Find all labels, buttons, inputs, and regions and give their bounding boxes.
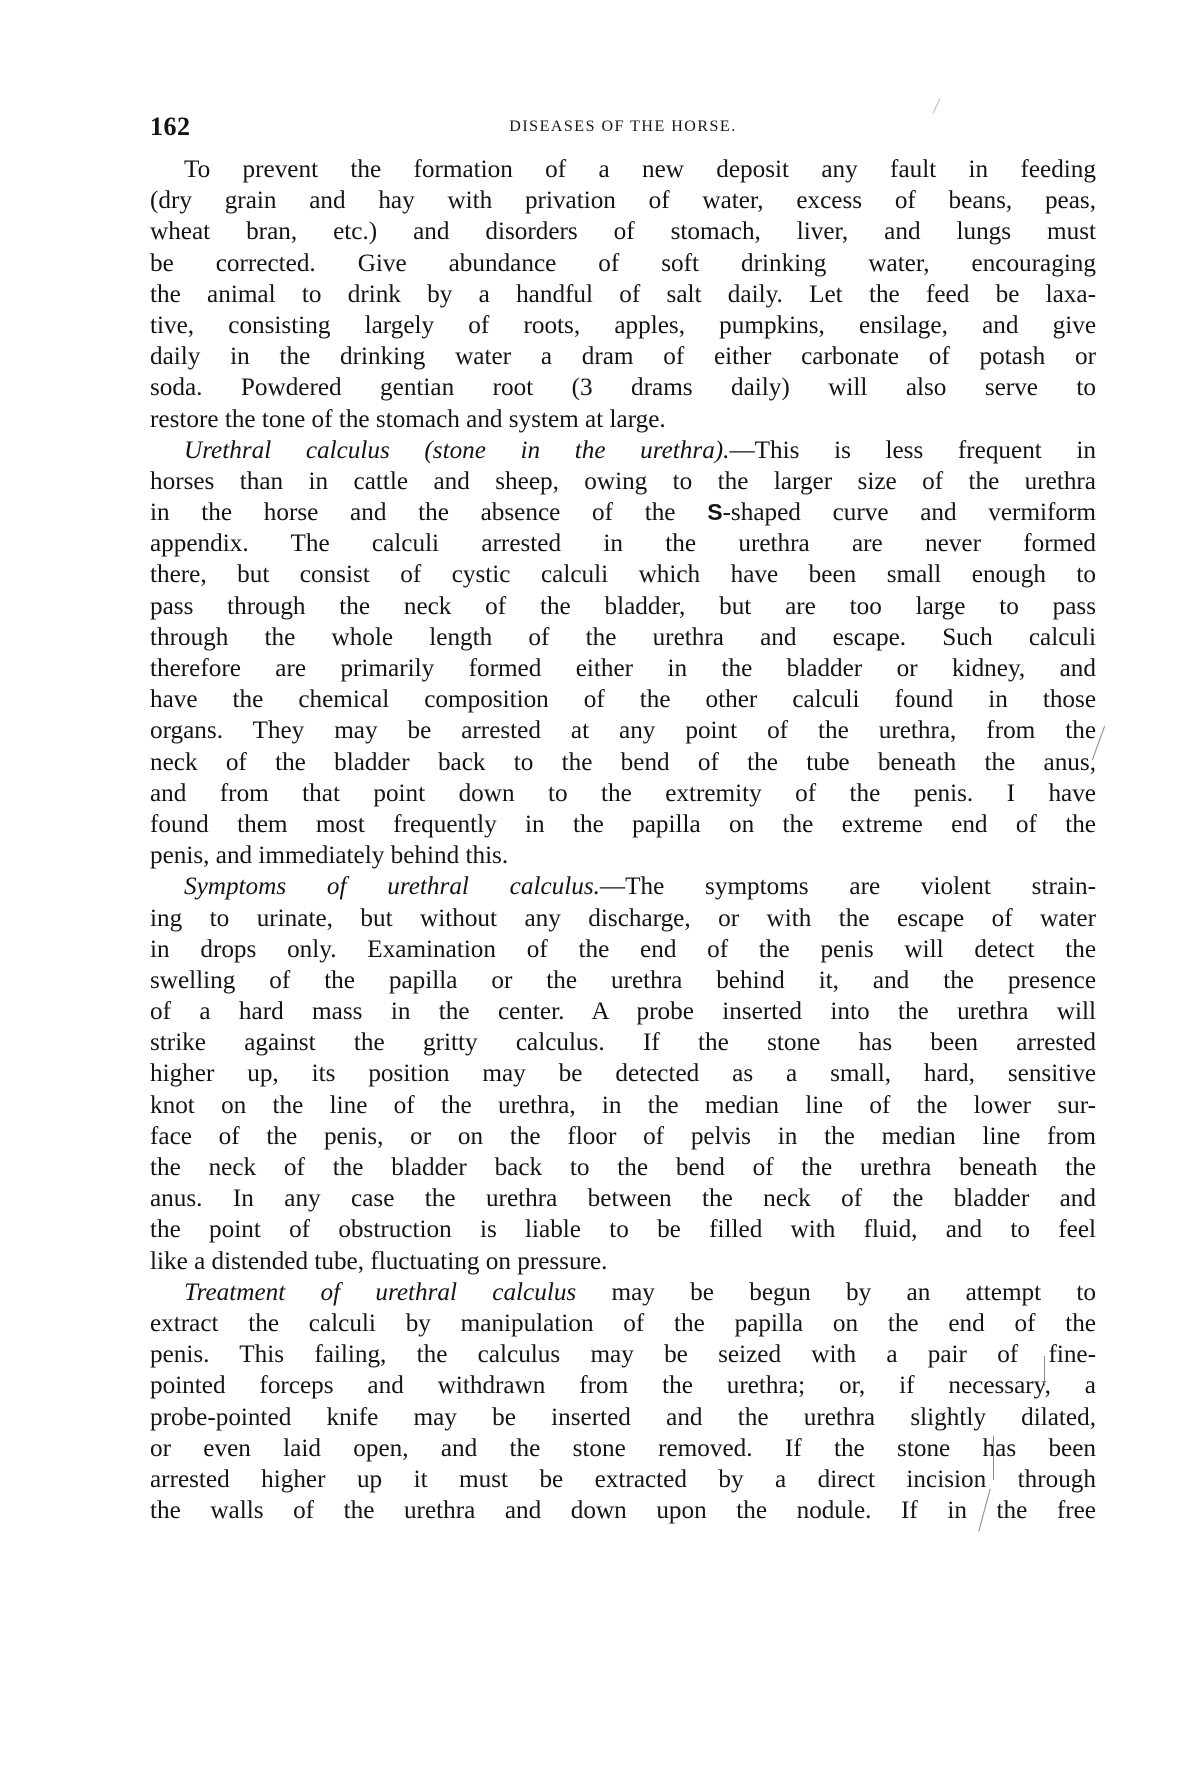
section-heading-symptoms: Symptoms of urethral calculus. xyxy=(184,873,600,900)
text-line: soda. Powdered gentian root (3 drams dai… xyxy=(150,374,1096,405)
text-run: This is less frequent in xyxy=(755,437,1096,464)
text-run: The symptoms are violent strain- xyxy=(625,873,1096,900)
book-page: 162 DISEASES OF THE HORSE. To prevent th… xyxy=(150,100,1096,1528)
text-line-first: Symptoms of urethral calculus.—The sympt… xyxy=(150,873,1096,904)
text-line: restore the tone of the stomach and syst… xyxy=(150,406,1096,437)
text-line: horses than in cattle and sheep, owing t… xyxy=(150,468,1096,499)
scan-mark xyxy=(993,1436,994,1480)
text-line: have the chemical composition of the oth… xyxy=(150,686,1096,717)
text-line: probe-pointed knife may be inserted and … xyxy=(150,1404,1096,1435)
page-body: To prevent the formation of a new deposi… xyxy=(150,156,1096,1528)
text-line: knot on the line of the urethra, in the … xyxy=(150,1092,1096,1123)
text-line: face of the penis, or on the floor of pe… xyxy=(150,1123,1096,1154)
text-line: the animal to drink by a handful of salt… xyxy=(150,281,1096,312)
text-line: of a hard mass in the center. A probe in… xyxy=(150,998,1096,1029)
text-line: tive, consisting largely of roots, apple… xyxy=(150,312,1096,343)
text-line: arrested higher up it must be extracted … xyxy=(150,1466,1096,1497)
text-line: ing to urinate, but without any discharg… xyxy=(150,905,1096,936)
paragraph-treatment: Treatment of urethral calculus may be be… xyxy=(150,1279,1096,1529)
text-line: in drops only. Examination of the end of… xyxy=(150,936,1096,967)
em-dash: — xyxy=(729,437,754,464)
section-heading-treatment: Treatment of urethral calculus xyxy=(184,1279,576,1306)
paragraph-prevention: To prevent the formation of a new deposi… xyxy=(150,156,1096,437)
text-line: organs. They may be arrested at any poin… xyxy=(150,717,1096,748)
text-line: pointed forceps and withdrawn from the u… xyxy=(150,1372,1096,1403)
text-line: appendix. The calculi arrested in the ur… xyxy=(150,530,1096,561)
text-line: the neck of the bladder back to the bend… xyxy=(150,1154,1096,1185)
text-line: therefore are primarily formed either in… xyxy=(150,655,1096,686)
bold-letter-s: S xyxy=(707,499,722,525)
text-line-first: Treatment of urethral calculus may be be… xyxy=(150,1279,1096,1310)
text-line: be corrected. Give abundance of soft dri… xyxy=(150,250,1096,281)
text-run: -shaped curve and vermiform xyxy=(723,499,1096,526)
text-line: strike against the gritty calculus. If t… xyxy=(150,1029,1096,1060)
text-line: (dry grain and hay with privation of wat… xyxy=(150,187,1096,218)
text-line: in the horse and the absence of the S-sh… xyxy=(150,499,1096,530)
text-line: there, but consist of cystic calculi whi… xyxy=(150,561,1096,592)
text-run: in the horse and the absence of the xyxy=(150,499,675,526)
paragraph-symptoms: Symptoms of urethral calculus.—The sympt… xyxy=(150,873,1096,1278)
text-line: penis, and immediately behind this. xyxy=(150,842,1096,873)
text-run: may be begun by an attempt to xyxy=(576,1279,1096,1306)
em-dash: — xyxy=(600,873,625,900)
text-line: anus. In any case the urethra between th… xyxy=(150,1185,1096,1216)
text-line: daily in the drinking water a dram of ei… xyxy=(150,343,1096,374)
text-line: extract the calculi by manipulation of t… xyxy=(150,1310,1096,1341)
text-line: To prevent the formation of a new deposi… xyxy=(150,156,1096,187)
paragraph-urethral-calculus: Urethral calculus (stone in the urethra)… xyxy=(150,437,1096,874)
text-line: like a distended tube, fluctuating on pr… xyxy=(150,1248,1096,1279)
text-line: the walls of the urethra and down upon t… xyxy=(150,1497,1096,1528)
text-line: or even laid open, and the stone removed… xyxy=(150,1435,1096,1466)
text-line: higher up, its position may be detected … xyxy=(150,1060,1096,1091)
text-line: pass through the neck of the bladder, bu… xyxy=(150,593,1096,624)
scan-mark xyxy=(1044,1356,1045,1386)
text-line: through the whole length of the urethra … xyxy=(150,624,1096,655)
text-line: penis. This failing, the calculus may be… xyxy=(150,1341,1096,1372)
text-line: and from that point down to the extremit… xyxy=(150,780,1096,811)
section-heading-urethral-calculus: Urethral calculus (stone in the urethra)… xyxy=(184,437,729,464)
text-line: swelling of the papilla or the urethra b… xyxy=(150,967,1096,998)
text-line: wheat bran, etc.) and disorders of stoma… xyxy=(150,218,1096,249)
text-line-first: Urethral calculus (stone in the urethra)… xyxy=(150,437,1096,468)
running-head: DISEASES OF THE HORSE. xyxy=(150,118,1096,136)
text-line: found them most frequently in the papill… xyxy=(150,811,1096,842)
text-line: the point of obstruction is liable to be… xyxy=(150,1216,1096,1247)
page-header: 162 DISEASES OF THE HORSE. xyxy=(150,100,1096,156)
text-line: neck of the bladder back to the bend of … xyxy=(150,749,1096,780)
